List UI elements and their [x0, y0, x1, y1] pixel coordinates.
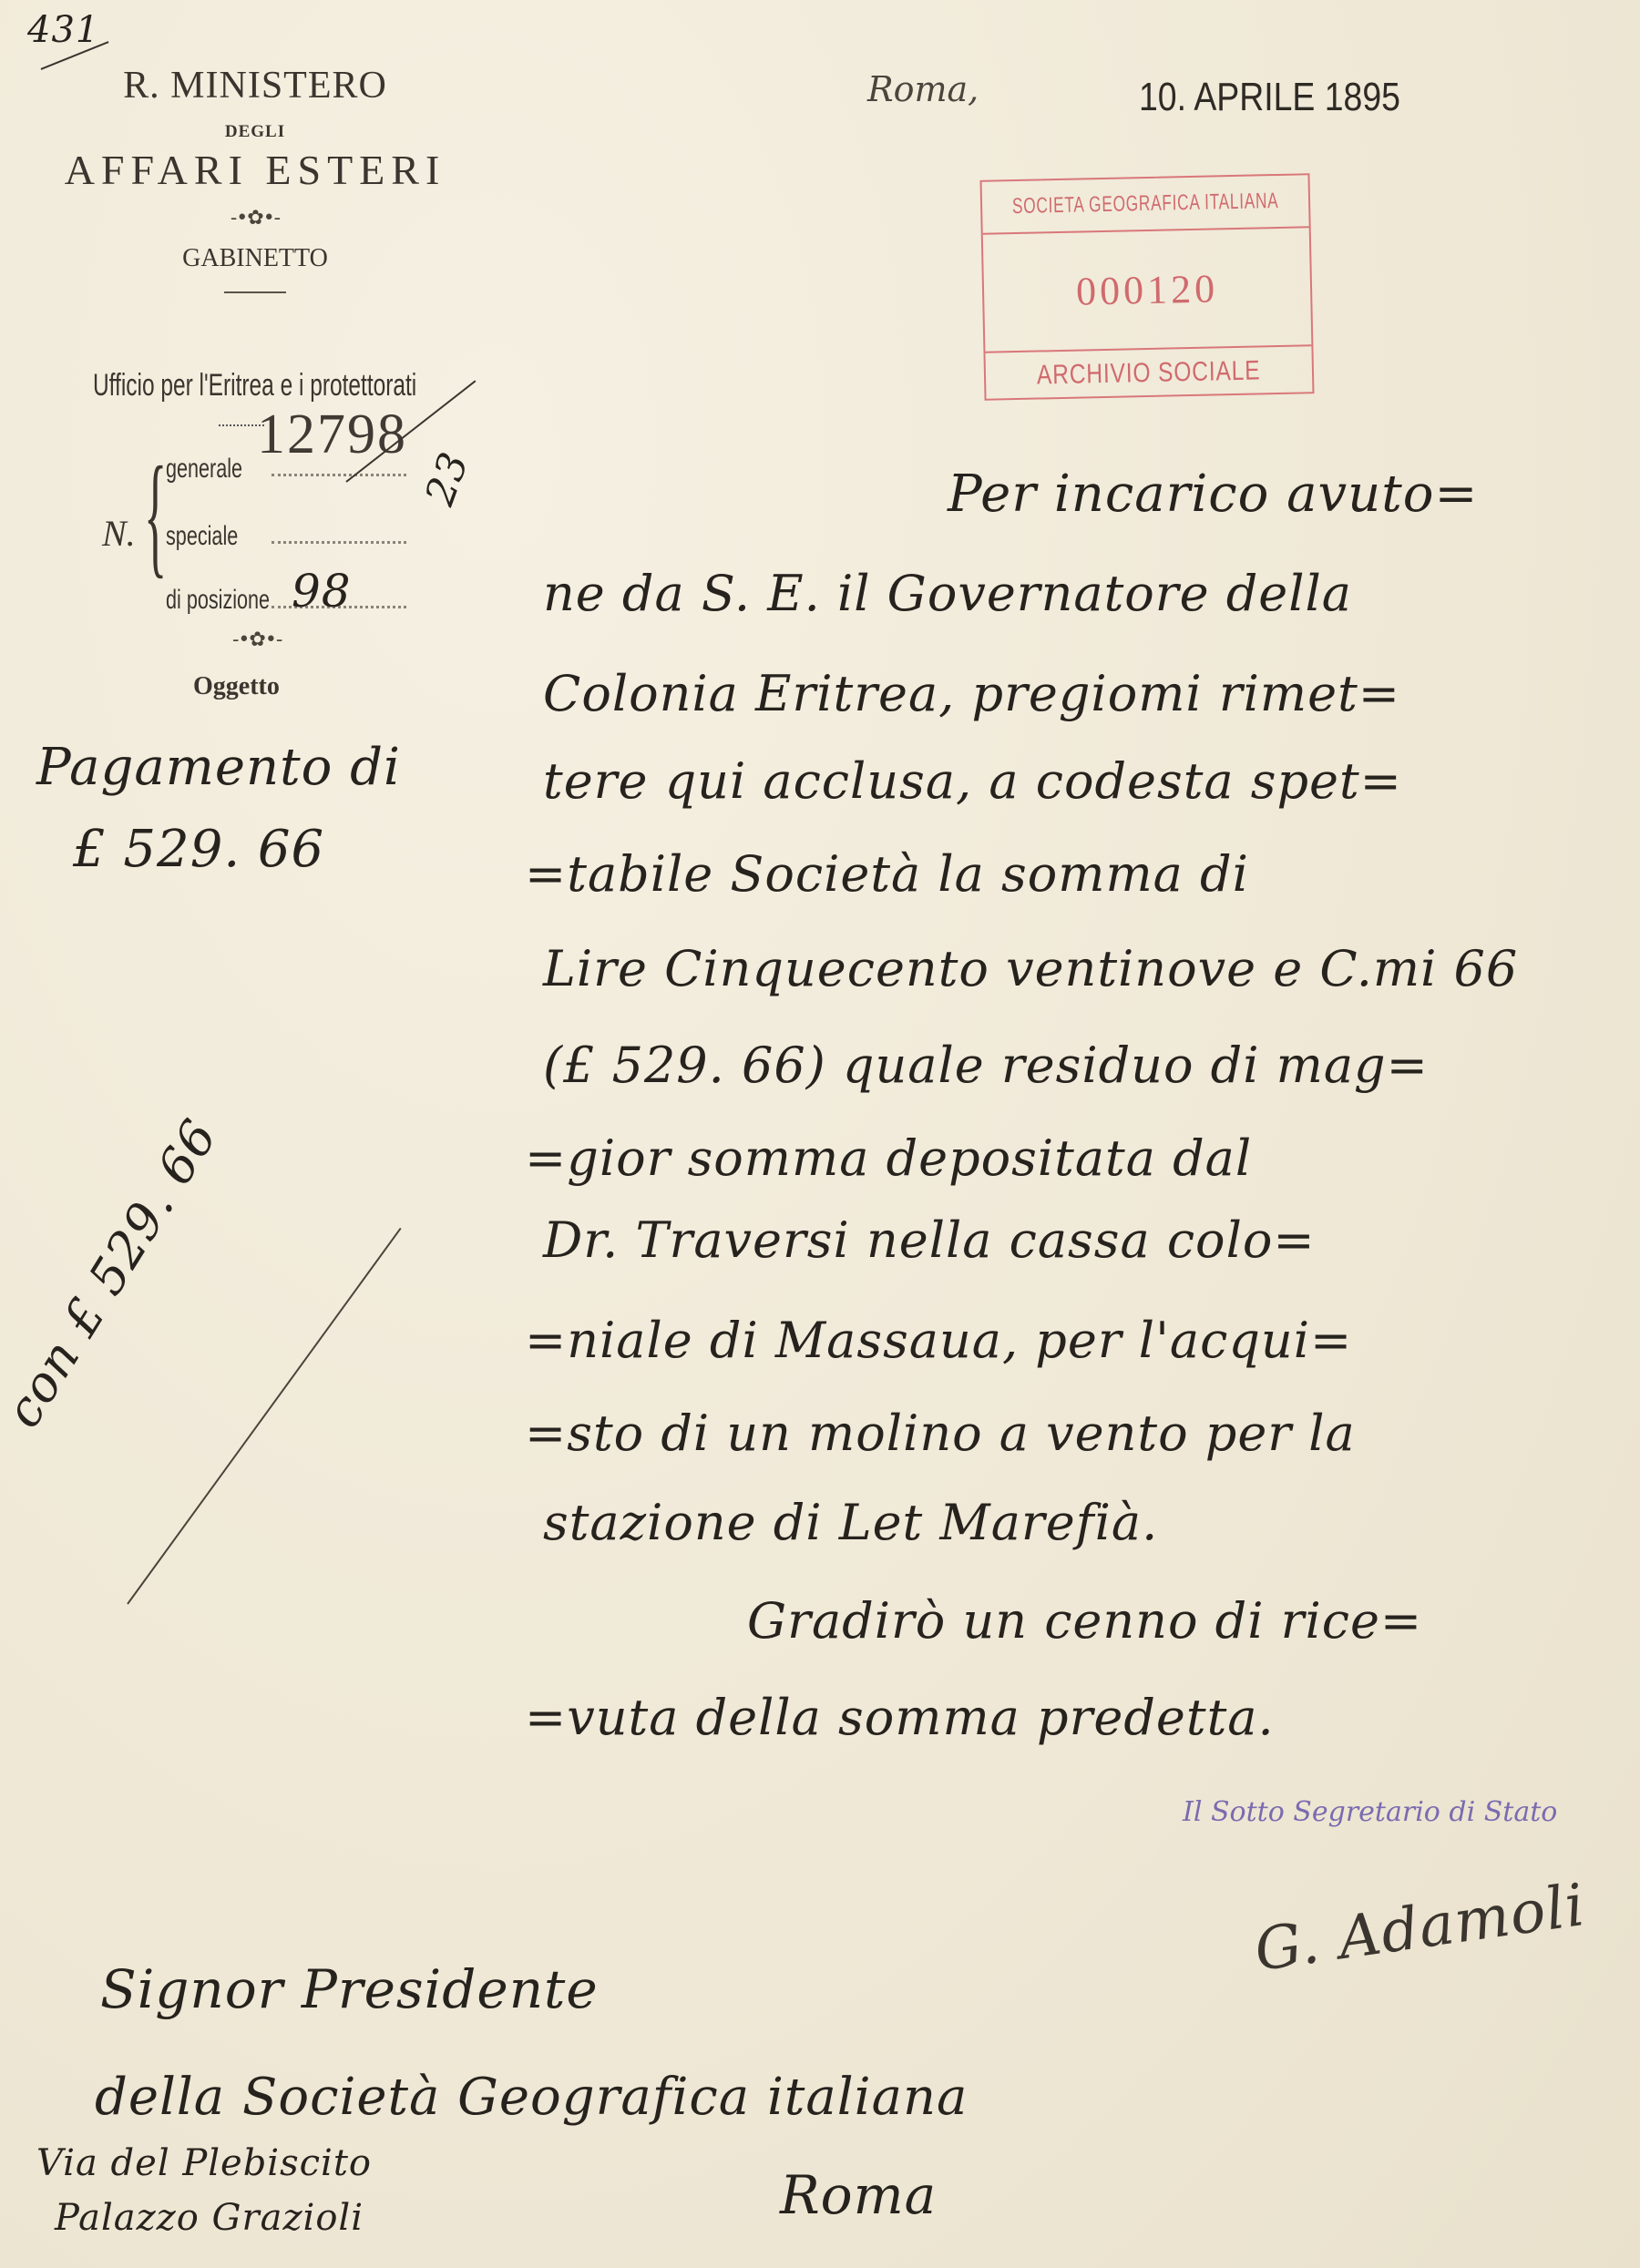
- body-line: (£ 529. 66) quale residuo di mag=: [543, 1037, 1429, 1094]
- oggetto-label: Oggetto: [193, 672, 280, 701]
- stamp-number: 000120: [1076, 265, 1219, 314]
- field-label-generale: generale: [166, 454, 242, 485]
- protocol-margin-note: 23: [416, 446, 478, 512]
- letterhead-affari-esteri: AFFARI ESTERI: [27, 146, 483, 194]
- body-line: =gior somma depositata dal: [525, 1129, 1252, 1187]
- body-line: Dr. Traversi nella cassa colo=: [543, 1211, 1316, 1269]
- field-line-speciale: [272, 541, 406, 544]
- archive-mark: 431: [27, 9, 99, 51]
- body-line: Lire Cinquecento ventinove e C.mi 66: [543, 940, 1518, 997]
- ornament-divider-icon: -•✿•-: [27, 207, 483, 230]
- stamp-society-name: SOCIETA GEOGRAFICA ITALIANA: [1012, 189, 1279, 220]
- addressee-address1: Via del Plebiscito: [36, 2142, 372, 2184]
- body-line: =tabile Società la somma di: [525, 845, 1249, 903]
- letterhead-gabinetto: GABINETTO: [27, 244, 483, 273]
- field-label-speciale: speciale: [166, 521, 238, 552]
- body-line: =vuta della somma predetta.: [525, 1689, 1275, 1746]
- body-line: Colonia Eritrea, pregiomi rimet=: [543, 665, 1400, 722]
- subject-line1: Pagamento di: [36, 738, 401, 797]
- letterhead-office: Ufficio per l'Eritrea e i protettorati: [93, 368, 416, 404]
- addressee-line1: Signor Presidente: [100, 1958, 599, 2020]
- stamp-footer: ARCHIVIO SOCIALE: [985, 346, 1312, 400]
- subject-amount: £ 529. 66: [73, 820, 324, 879]
- field-value-posizione: 98: [292, 565, 352, 618]
- letterhead-rule: [224, 291, 286, 293]
- field-label-posizione: di posizione: [166, 585, 270, 616]
- addressee-city: Roma: [780, 2164, 937, 2226]
- body-line: =sto di un molino a vento per la: [525, 1405, 1356, 1462]
- stamp-header: SOCIETA GEOGRAFICA ITALIANA: [982, 175, 1309, 234]
- body-line: =niale di Massaua, per l'acqui=: [525, 1312, 1352, 1369]
- body-line: Gradirò un cenno di rice=: [747, 1592, 1422, 1650]
- letterhead-degli: DEGLI: [27, 122, 483, 142]
- wavy-line: [219, 424, 264, 430]
- dateline-date: 10. APRILE 1895: [1139, 75, 1400, 120]
- protocol-number-stamp: 12798: [257, 403, 407, 467]
- body-line: Per incarico avuto=: [948, 465, 1478, 524]
- margin-annotation: con £ 529. 66: [0, 1109, 229, 1437]
- protocol-ornament-icon: -•✿•-: [232, 628, 282, 651]
- signature: G. Adamoli: [1251, 1872, 1590, 1985]
- body-line: ne da S. E. il Governatore della: [543, 565, 1352, 622]
- body-line: stazione di Let Marefià.: [543, 1494, 1158, 1551]
- dateline-place: Roma,: [867, 69, 979, 109]
- addressee-address2: Palazzo Grazioli: [55, 2197, 364, 2239]
- letterhead: R. MINISTERO DEGLI AFFARI ESTERI -•✿•- G…: [27, 64, 483, 293]
- body-line: tere qui acclusa, a codesta spet=: [543, 752, 1402, 810]
- margin-annotation-line: [127, 1228, 401, 1605]
- letterhead-ministry: R. MINISTERO: [27, 64, 483, 107]
- archive-stamp: SOCIETA GEOGRAFICA ITALIANA 000120 ARCHI…: [980, 173, 1315, 401]
- addressee-line2: della Società Geografica italiana: [95, 2068, 968, 2127]
- field-line-generale: [272, 474, 406, 476]
- signature-title: Il Sotto Segretario di Stato: [1183, 1796, 1557, 1828]
- stamp-number-row: 000120: [983, 228, 1312, 352]
- brace-icon: {: [144, 446, 167, 583]
- stamp-archive-label: ARCHIVIO SOCIALE: [1037, 355, 1261, 391]
- protocol-n-label: N.: [102, 512, 136, 555]
